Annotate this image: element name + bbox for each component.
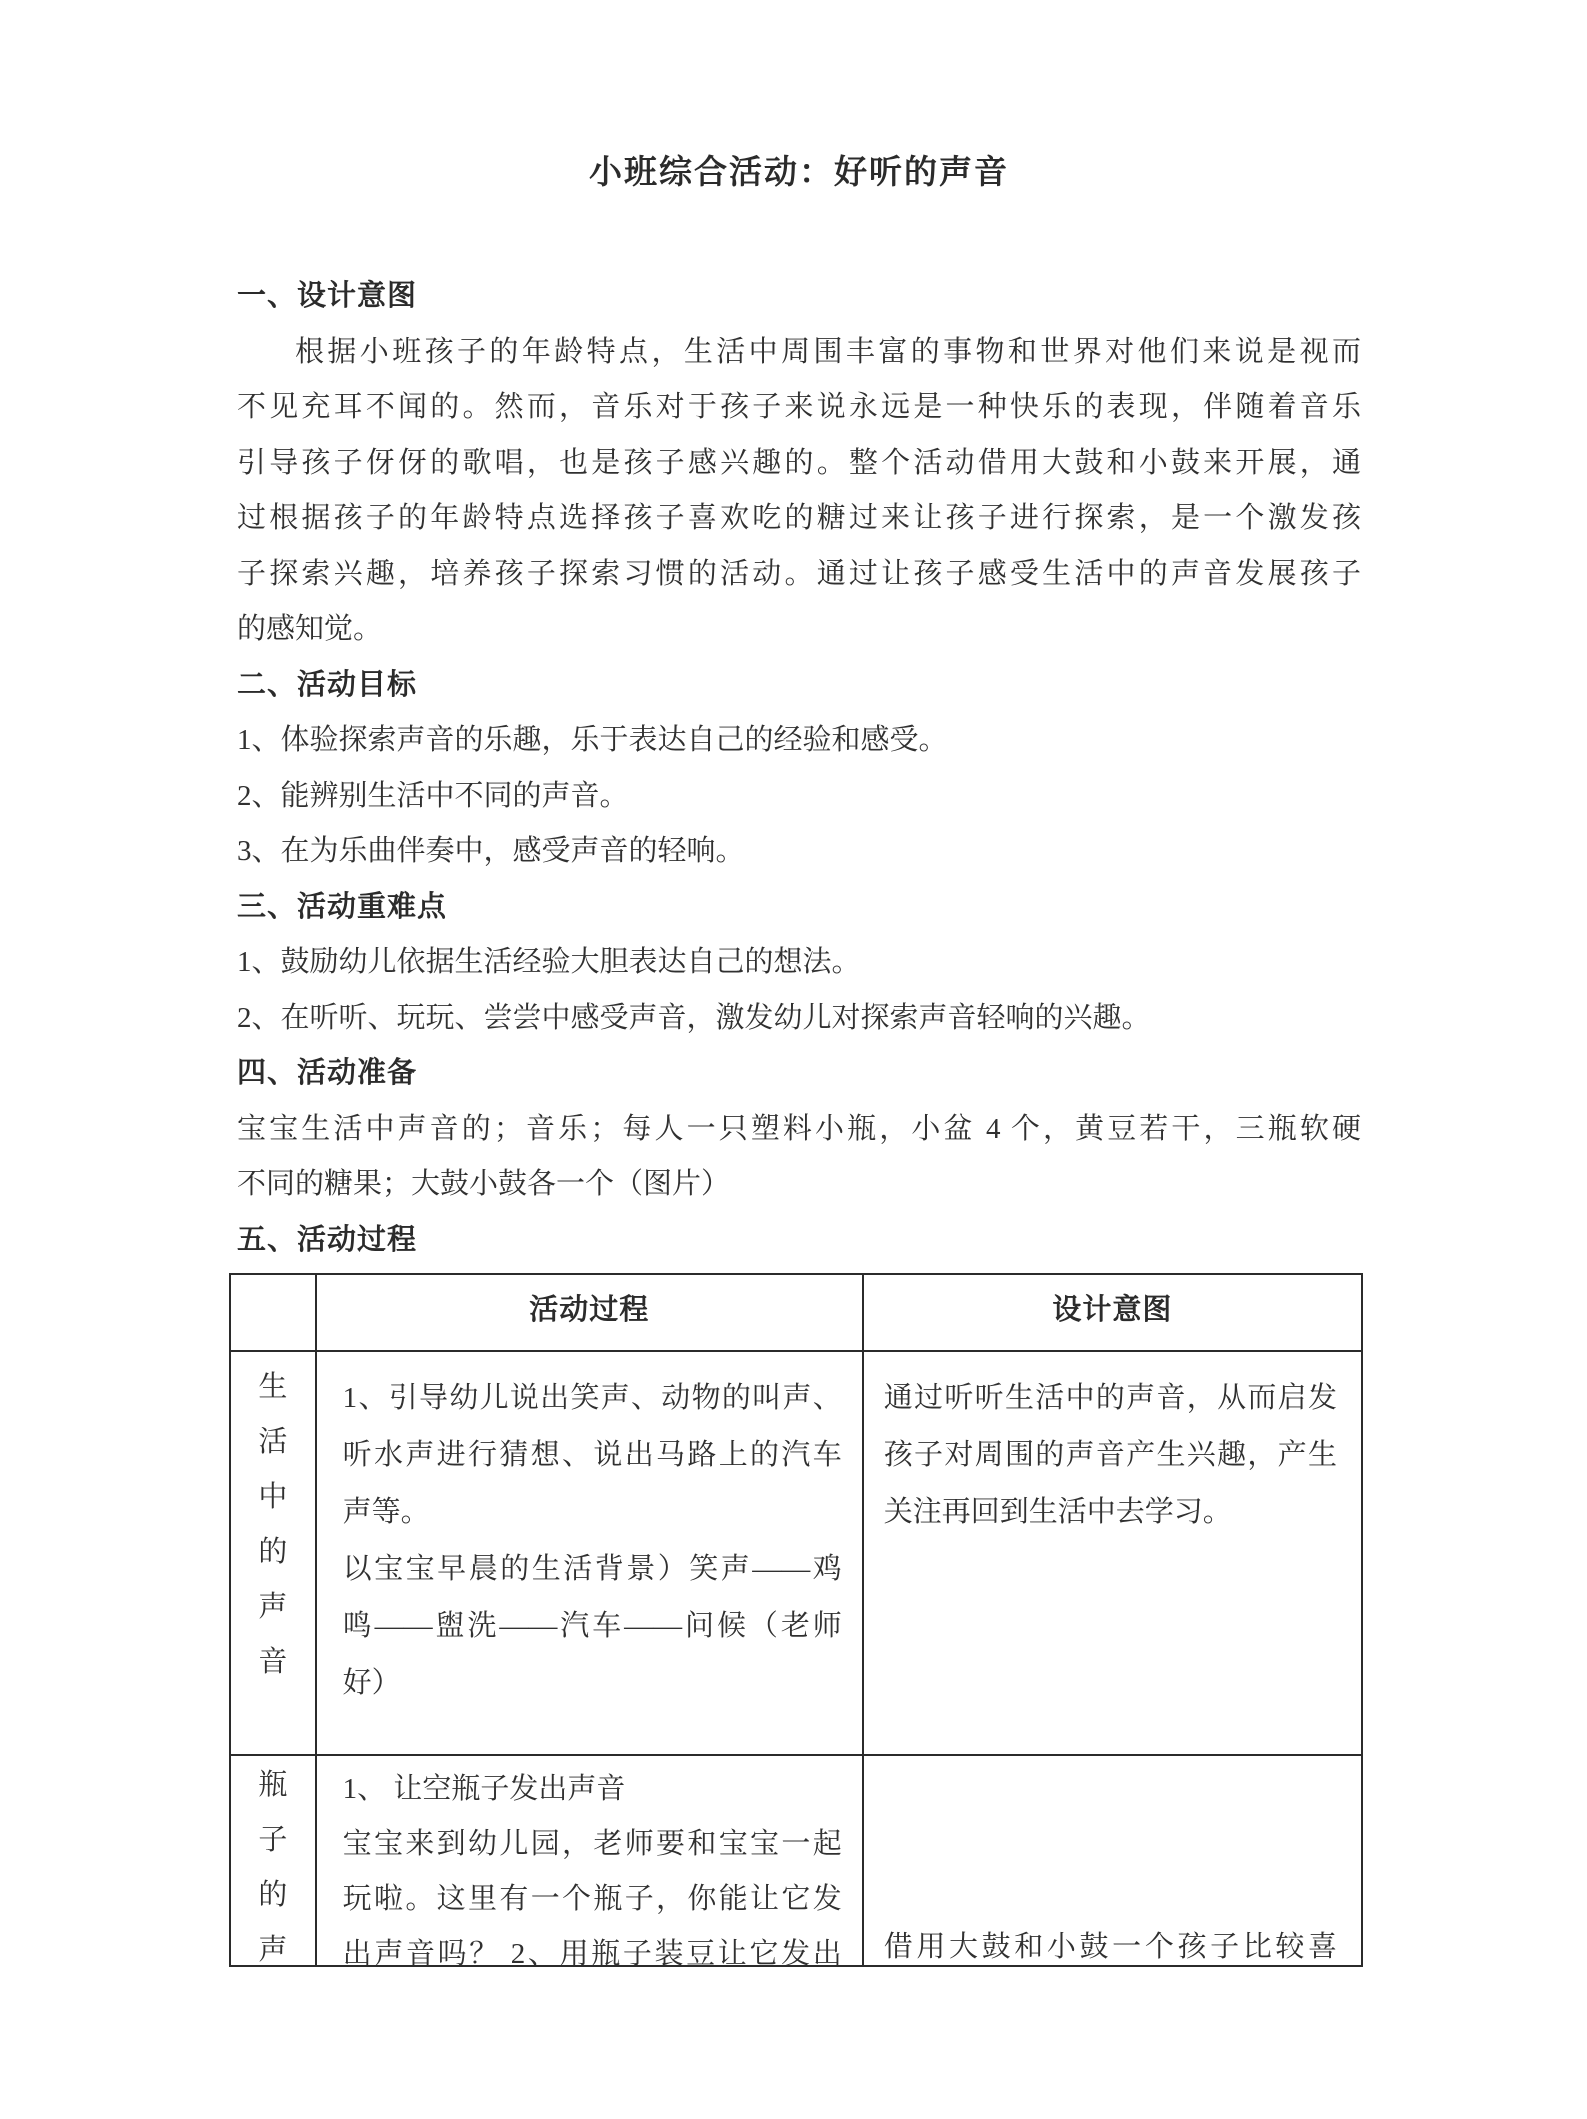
row-label-cell: 生活中的声音 — [231, 1352, 315, 1754]
intent-cell: 借用大鼓和小鼓一个孩子比较喜 — [862, 1756, 1361, 1967]
row-label-cell: 瓶子的声 — [231, 1756, 315, 1967]
activity-process-table: 活动过程 设计意图 生活中的声音 1、引导幼儿说出笑声、动物的叫声、 听水声进行… — [229, 1273, 1363, 1967]
table-row: 生活中的声音 1、引导幼儿说出笑声、动物的叫声、 听水声进行猜想、说出马路上的汽… — [231, 1350, 1361, 1754]
list-item: 2、能辨别生活中不同的声音。 — [237, 769, 1361, 825]
cell-line: 通过听听生活中的声音，从而启发 — [884, 1370, 1337, 1427]
cell-line: 鸣——盥洗——汽车——问候（老师 — [343, 1598, 842, 1655]
section-heading-goals: 二、活动目标 — [237, 658, 1361, 714]
paragraph-line: 不见充耳不闻的。然而，音乐对于孩子来说永远是一种快乐的表现，伴随着音乐 — [237, 380, 1361, 436]
cell-line: 好） — [343, 1655, 842, 1712]
cell-line: 以宝宝早晨的生活背景）笑声——鸡 — [343, 1541, 842, 1598]
paragraph-line: 的感知觉。 — [237, 602, 1361, 658]
section-heading-process: 五、活动过程 — [237, 1213, 1361, 1269]
table-row: 瓶子的声 1、 让空瓶子发出声音 宝宝来到幼儿园，老师要和宝宝一起 玩啦。这里有… — [231, 1754, 1361, 1967]
paragraph-line: 宝宝生活中声音的；音乐；每人一只塑料小瓶，小盆 4 个，黄豆若干，三瓶软硬 — [237, 1102, 1361, 1158]
table-header-row: 活动过程 设计意图 — [231, 1275, 1361, 1350]
cell-line: 宝宝来到幼儿园，老师要和宝宝一起 — [343, 1817, 842, 1872]
paragraph-line: 根据小班孩子的年龄特点，生活中周围丰富的事物和世界对他们来说是视而 — [237, 325, 1361, 381]
cell-line: 1、引导幼儿说出笑声、动物的叫声、 — [343, 1370, 842, 1427]
table-header-process: 活动过程 — [315, 1275, 862, 1350]
paragraph-line: 过根据孩子的年龄特点选择孩子喜欢吃的糖过来让孩子进行探索，是一个激发孩 — [237, 491, 1361, 547]
process-cell: 1、 让空瓶子发出声音 宝宝来到幼儿园，老师要和宝宝一起 玩啦。这里有一个瓶子，… — [315, 1756, 862, 1967]
paragraph-line: 子探索兴趣，培养孩子探索习惯的活动。通过让孩子感受生活中的声音发展孩子 — [237, 547, 1361, 603]
cell-line: 1、 让空瓶子发出声音 — [343, 1762, 842, 1817]
cell-line: 关注再回到生活中去学习。 — [884, 1484, 1337, 1541]
table-header-intent: 设计意图 — [862, 1275, 1361, 1350]
row-label-vertical: 瓶子的声 — [258, 1758, 288, 1967]
list-item: 1、鼓励幼儿依据生活经验大胆表达自己的想法。 — [237, 935, 1361, 991]
section-heading-design-intent: 一、设计意图 — [237, 269, 1361, 325]
section-heading-key-points: 三、活动重难点 — [237, 880, 1361, 936]
intent-cell: 通过听听生活中的声音，从而启发 孩子对周围的声音产生兴趣，产生 关注再回到生活中… — [862, 1352, 1361, 1754]
list-item: 2、在听听、玩玩、尝尝中感受声音，激发幼儿对探索声音轻响的兴趣。 — [237, 991, 1361, 1047]
cell-line: 出声音吗？ 2、用瓶子装豆让它发出 — [343, 1927, 842, 1967]
paragraph-line: 引导孩子伢伢的歌唱，也是孩子感兴趣的。整个活动借用大鼓和小鼓来开展，通 — [237, 436, 1361, 492]
document-page: 小班综合活动：好听的声音 一、设计意图 根据小班孩子的年龄特点，生活中周围丰富的… — [0, 0, 1587, 2119]
cell-line: 声等。 — [343, 1484, 842, 1541]
document-title: 小班综合活动：好听的声音 — [237, 146, 1361, 193]
cell-line: 玩啦。这里有一个瓶子，你能让它发 — [343, 1872, 842, 1927]
list-item: 3、在为乐曲伴奏中，感受声音的轻响。 — [237, 824, 1361, 880]
cell-line: 借用大鼓和小鼓一个孩子比较喜 — [884, 1920, 1337, 1967]
cell-line: 听水声进行猜想、说出马路上的汽车 — [343, 1427, 842, 1484]
table-header-empty — [231, 1275, 315, 1350]
section-heading-preparation: 四、活动准备 — [237, 1046, 1361, 1102]
document-body: 一、设计意图 根据小班孩子的年龄特点，生活中周围丰富的事物和世界对他们来说是视而… — [237, 269, 1361, 1268]
row-label-vertical: 生活中的声音 — [258, 1360, 288, 1690]
list-item: 1、体验探索声音的乐趣，乐于表达自己的经验和感受。 — [237, 713, 1361, 769]
cell-line: 孩子对周围的声音产生兴趣，产生 — [884, 1427, 1337, 1484]
process-cell: 1、引导幼儿说出笑声、动物的叫声、 听水声进行猜想、说出马路上的汽车 声等。 以… — [315, 1352, 862, 1754]
paragraph-line: 不同的糖果；大鼓小鼓各一个（图片） — [237, 1157, 1361, 1213]
